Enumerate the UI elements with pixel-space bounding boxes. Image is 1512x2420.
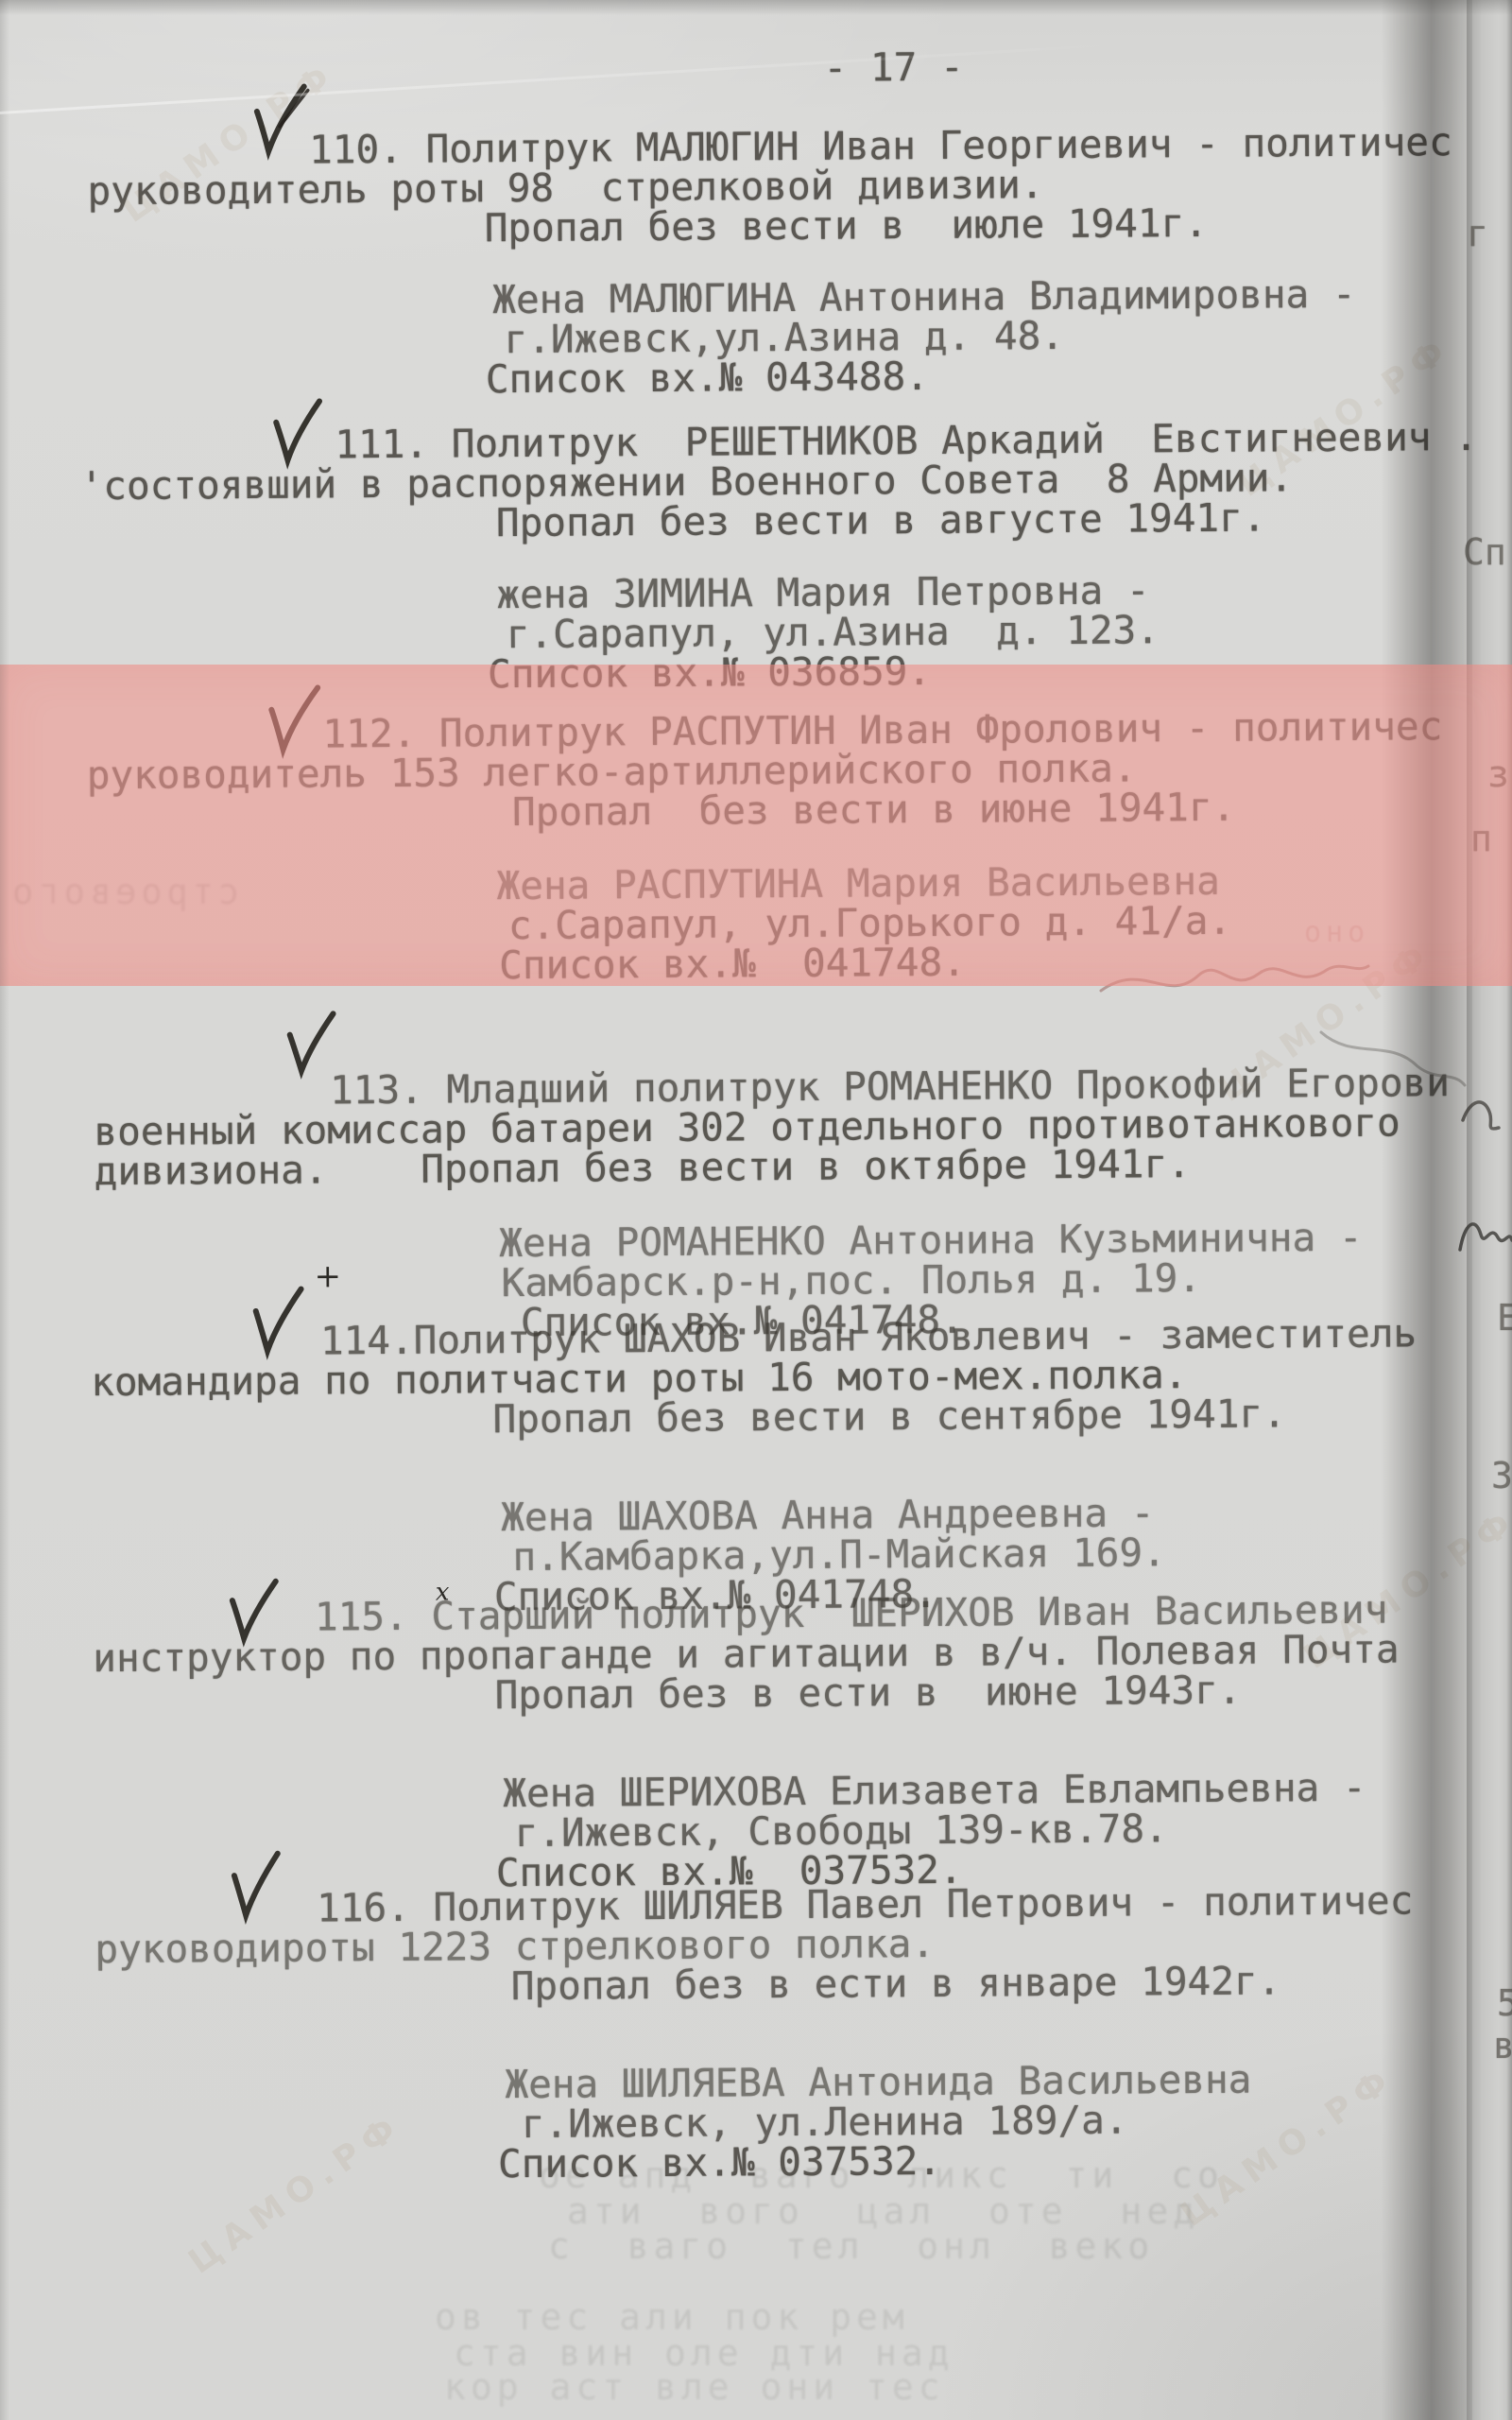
highlight-band-entry-112 xyxy=(0,665,1512,986)
paper-left-edge xyxy=(0,0,9,2420)
paper-top-edge xyxy=(0,0,1512,15)
pencil-scribbles xyxy=(0,0,1512,2420)
scan-right-edge xyxy=(1506,0,1512,2420)
scanned-document-page: г Сп з п Е З 5 в ЦАМО.РФ ЦАМО.РФ ЦАМО.РФ… xyxy=(0,0,1512,2420)
page-fold-shadow xyxy=(1382,0,1472,2420)
